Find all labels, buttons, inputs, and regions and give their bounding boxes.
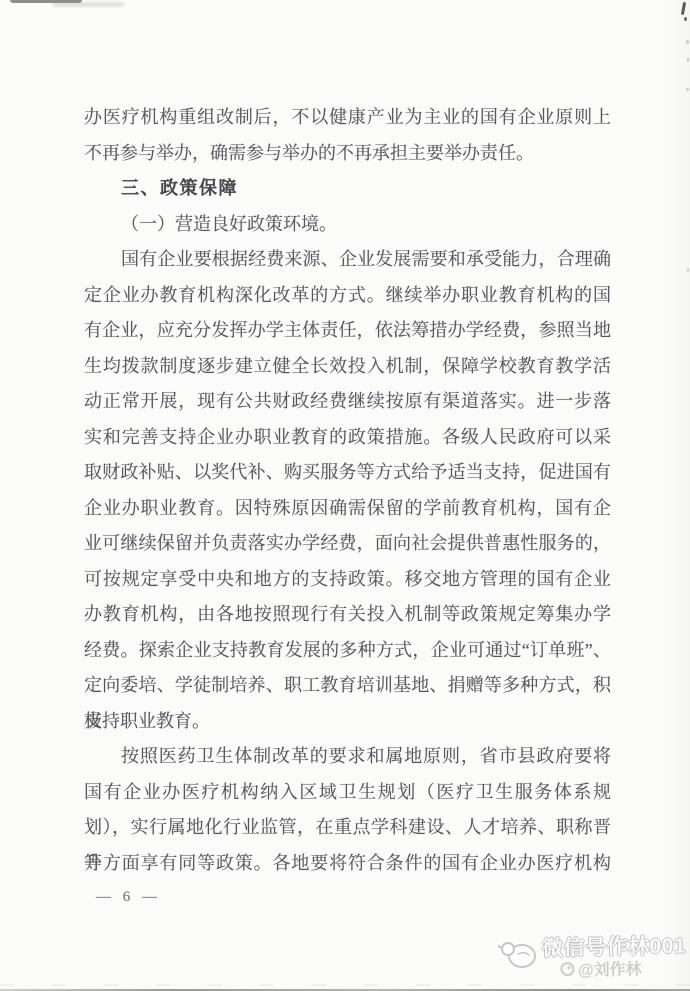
scan-speck-icon: [687, 268, 689, 272]
watermark-handle-text: @刘作林: [578, 956, 642, 980]
text-line: 划），实行属地化行业监管，在重点学科建设、人才培养、职称晋升: [84, 810, 611, 846]
weibo-logo-icon: [560, 961, 575, 976]
text-line: 实和完善支持企业办职业教育的政策措施。各级人民政府可以采: [84, 420, 611, 456]
page-number: — 6 —: [96, 889, 161, 906]
text-line: 业可继续保留并负责落实办学经费，面向社会提供普惠性服务的，: [84, 526, 611, 562]
paragraph-continued: 办医疗机构重组改制后，不以健康产业为主业的国有企业原则上 不再参与举办，确需参与…: [84, 100, 611, 171]
paragraph-medical-policy: 按照医药卫生体制改革的要求和属地原则，省市县政府要将 国有企业办医疗机构纳入区域…: [84, 739, 611, 881]
subsection-heading: （一）营造良好政策环境。: [84, 207, 611, 243]
scan-edge-artifact-top-left: [10, 0, 82, 3]
text-line: 可按规定享受中央和地方的支持政策。移交地方管理的国有企业: [84, 562, 611, 598]
document-body: 办医疗机构重组改制后，不以健康产业为主业的国有企业原则上 不再参与举办，确需参与…: [84, 100, 611, 881]
text-line: 国有企业办医疗机构纳入区域卫生规划（医疗卫生服务体系规: [84, 775, 611, 811]
text-line: 支持职业教育。: [84, 704, 611, 740]
text-line: 动正常开展，现有公共财政经费继续按原有渠道落实。进一步落: [84, 384, 611, 420]
text-line: 等方面享有同等政策。各地要将符合条件的国有企业办医疗机构: [84, 846, 611, 882]
text-line: 不再参与举办，确需参与举办的不再承担主要举办责任。: [84, 136, 611, 172]
text-line: 经费。探索企业支持教育发展的多种方式，企业可通过“订单班”、: [84, 633, 611, 669]
doodle-bird-icon: [498, 936, 542, 972]
scan-speck-mark-icon: [681, 2, 686, 15]
section-heading-block: 三、政策保障: [84, 171, 611, 207]
text-line: 定企业办教育机构深化改革的方式。继续举办职业教育机构的国: [84, 278, 611, 314]
scan-speck-icon: [687, 57, 689, 62]
text-line: 取财政补贴、以奖代补、购买服务等方式给予适当支持，促进国有: [84, 455, 611, 491]
text-line: 生均拨款制度逐步建立健全长效投入机制，保障学校教育教学活: [84, 349, 611, 385]
scan-speck-icon: [686, 88, 689, 91]
paragraph-education-policy: 国有企业要根据经费来源、企业发展需要和承受能力，合理确 定企业办教育机构深化改革…: [84, 242, 611, 739]
text-line: 有企业，应充分发挥办学主体责任，依法筹措办学经费，参照当地: [84, 313, 611, 349]
scan-speck-icon: [686, 40, 689, 44]
watermark-weibo-handle: @刘作林: [560, 956, 642, 980]
text-line: 国有企业要根据经费来源、企业发展需要和承受能力，合理确: [84, 242, 611, 278]
text-line: 企业办职业教育。因特殊原因确需保留的学前教育机构，国有企: [84, 491, 611, 527]
subsection-heading-block: （一）营造良好政策环境。: [84, 207, 611, 243]
text-line: 办医疗机构重组改制后，不以健康产业为主业的国有企业原则上: [84, 100, 611, 136]
scanned-document-page: 办医疗机构重组改制后，不以健康产业为主业的国有企业原则上 不再参与举办，确需参与…: [0, 0, 690, 991]
watermark-group: 微信号作林001 @刘作林: [498, 928, 690, 988]
text-line: 按照医药卫生体制改革的要求和属地原则，省市县政府要将: [84, 739, 611, 775]
text-line: 办教育机构，由各地按照现行有关投入机制等政策规定筹集办学: [84, 597, 611, 633]
scan-speck-dot-icon: [684, 17, 687, 21]
text-line: 定向委培、学徒制培养、职工教育培训基地、捐赠等多种方式，积极: [84, 668, 611, 704]
section-heading: 三、政策保障: [84, 171, 611, 207]
